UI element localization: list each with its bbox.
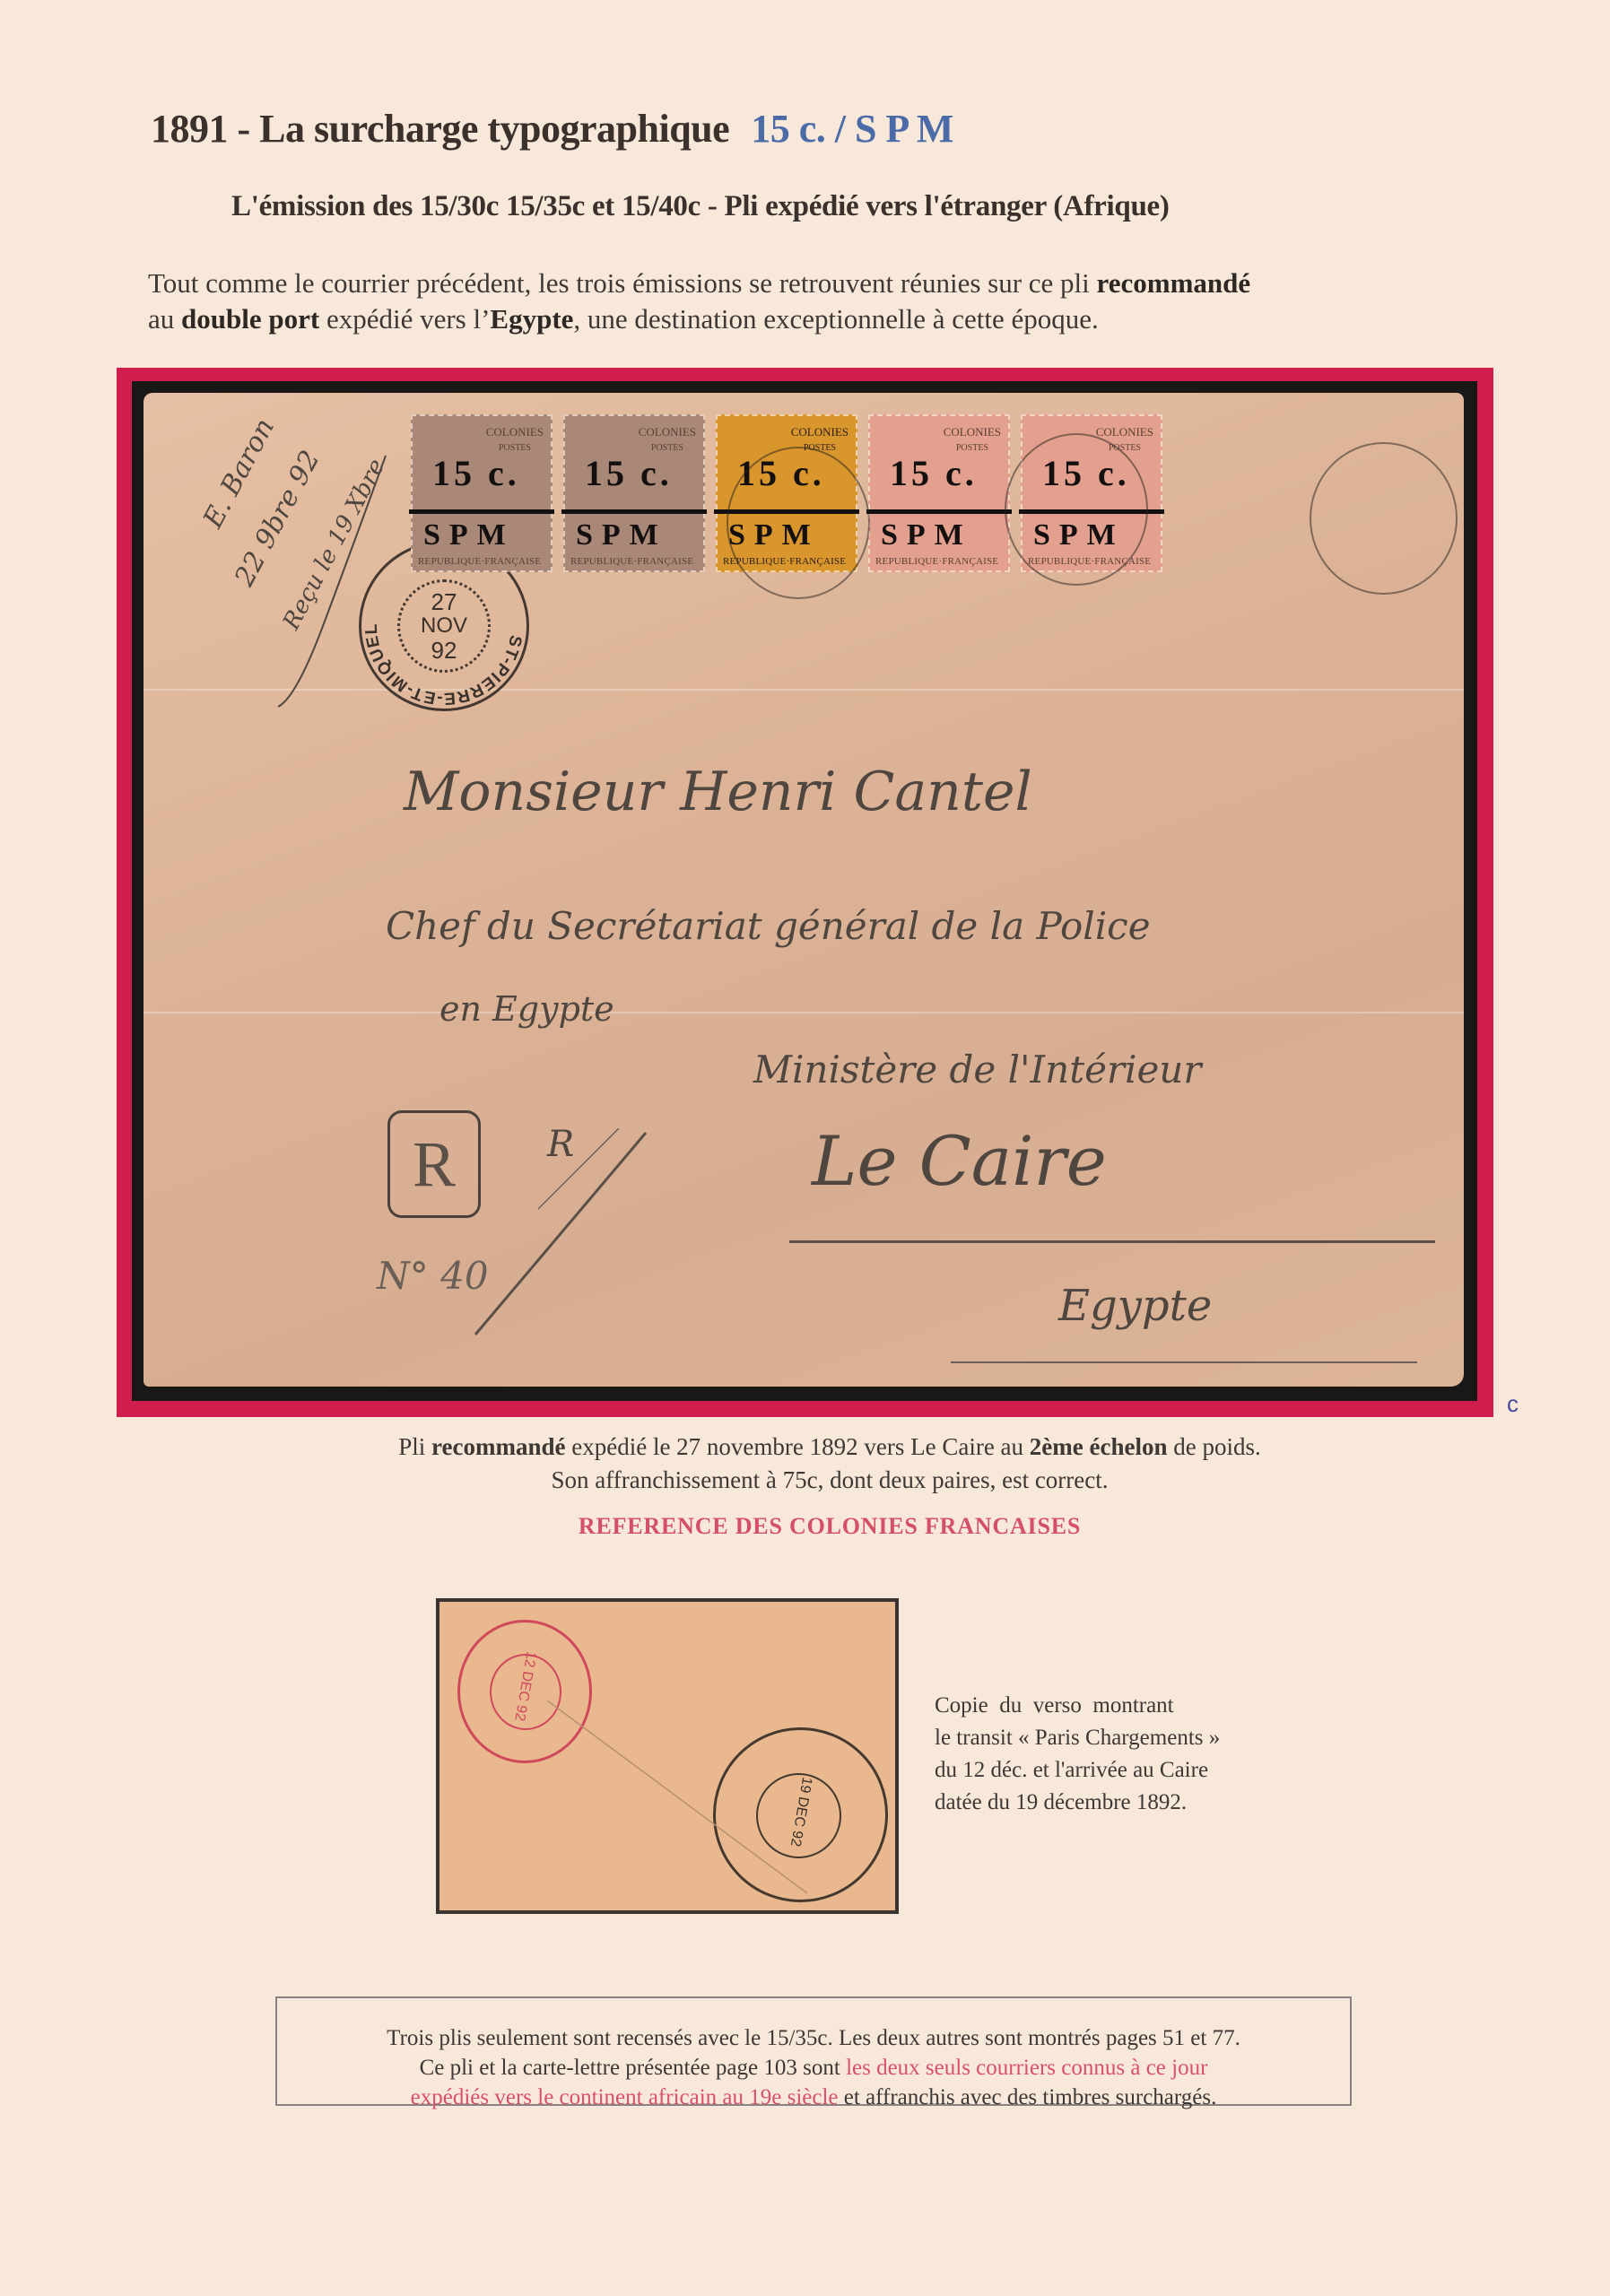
- fold-line: [144, 1012, 1464, 1013]
- title-text: 1891 - La surcharge typographique: [151, 107, 729, 151]
- stamp-footer: REPUBLIQUE·FRANÇAISE: [570, 556, 693, 567]
- stamp-cancel: [1005, 433, 1148, 586]
- stamp-surcharge-value: 15 c.: [585, 452, 673, 494]
- note-line-1: Trois plis seulement sont recensés avec …: [275, 2023, 1352, 2053]
- stamp-colonies: COLONIES: [944, 425, 1001, 439]
- stamp: COLONIESPOSTES15 c.SPMREPUBLIQUE·FRANÇAI…: [563, 414, 705, 572]
- stamp-colonies: COLONIES: [1096, 425, 1153, 439]
- stamp-colonies: COLONIES: [486, 425, 544, 439]
- stamp-surcharge-spm: SPM: [576, 518, 667, 552]
- reference-label: REFERENCE DES COLONIES FRANCAISES: [251, 1513, 1408, 1540]
- intro-text: au: [148, 303, 181, 335]
- stamp-colonies: COLONIES: [639, 425, 696, 439]
- address-line-3: en Egypte: [439, 989, 614, 1029]
- note-highlight: expédiés vers le continent africain au 1…: [411, 2085, 839, 2109]
- intro-bold-recommande: recommandé: [1097, 267, 1251, 299]
- page-subtitle: L'émission des 15/30c 15/35c et 15/40c -…: [231, 190, 1170, 223]
- intro-text: expédié vers l’: [319, 303, 490, 335]
- corner-mark: c: [1507, 1390, 1519, 1418]
- stamp-surcharge-spm: SPM: [423, 518, 515, 552]
- stamp-cancel: [727, 447, 870, 599]
- registration-pen-strokes: [439, 1128, 655, 1344]
- title-accent: 15 c. / S P M: [751, 107, 953, 151]
- stamp-surcharge-spm: SPM: [881, 518, 972, 552]
- caption-bold: 2ème échelon: [1030, 1433, 1168, 1460]
- verso-caption-line: datée du 19 décembre 1892.: [935, 1787, 1347, 1819]
- caption-text: Pli: [398, 1433, 431, 1460]
- envelope-image: E. Baron 22 9bre 92 Reçu le 19 Xbre ST-P…: [144, 393, 1464, 1387]
- postmark-month: NOV: [361, 613, 527, 639]
- note-text: Trois plis seulement sont recensés avec …: [275, 2023, 1352, 2112]
- verso-caption-line: Copie du verso montrant: [935, 1690, 1347, 1722]
- stamp: COLONIESPOSTES15 c.SPMREPUBLIQUE·FRANÇAI…: [411, 414, 553, 572]
- intro-paragraph: Tout comme le courrier précédent, les tr…: [148, 265, 1493, 337]
- stamp-surcharge-bar: [561, 509, 707, 514]
- stamp: COLONIESPOSTES15 c.SPMREPUBLIQUE·FRANÇAI…: [868, 414, 1010, 572]
- verso-caption-line: le transit « Paris Chargements »: [935, 1722, 1347, 1754]
- address-line-6: Egypte: [1058, 1281, 1212, 1331]
- caption-bold: recommandé: [431, 1433, 565, 1460]
- address-line-2: Chef du Secrétariat général de la Police: [386, 904, 1151, 948]
- stamp-footer: REPUBLIQUE·FRANÇAISE: [418, 556, 541, 567]
- stamp-footer: REPUBLIQUE·FRANÇAISE: [875, 556, 998, 567]
- intro-bold-egypte: Egypte: [490, 303, 573, 335]
- postmark-day: 27: [361, 588, 527, 616]
- caption-text: expédié le 27 novembre 1892 vers Le Cair…: [565, 1433, 1029, 1460]
- stamp-cancel: [1310, 442, 1458, 595]
- stamp-surcharge-value: 15 c.: [890, 452, 978, 494]
- intro-text: , une destination exceptionnelle à cette…: [573, 303, 1098, 335]
- page-title: 1891 - La surcharge typographique15 c. /…: [151, 106, 953, 152]
- verso-caption-line: du 12 déc. et l'arrivée au Caire: [935, 1754, 1347, 1787]
- note-line-3: et affranchis avec des timbres surchargé…: [839, 2085, 1217, 2109]
- address-line-4: Ministère de l'Intérieur: [753, 1048, 1201, 1091]
- intro-bold-double-port: double port: [181, 303, 319, 335]
- caption-line-2: Son affranchissement à 75c, dont deux pa…: [551, 1466, 1108, 1493]
- verso-image: 12 DEC 92 19 DEC 92: [436, 1598, 899, 1914]
- note-line-2: Ce pli et la carte-lettre présentée page…: [420, 2056, 847, 2080]
- address-line-5: Le Caire: [812, 1121, 1107, 1201]
- verso-caption: Copie du verso montrant le transit « Par…: [935, 1690, 1347, 1819]
- stamp-surcharge-bar: [409, 509, 554, 514]
- intro-text: Tout comme le courrier précédent, les tr…: [148, 267, 1097, 299]
- address-underline: [951, 1361, 1417, 1363]
- stamp-colonies: COLONIES: [791, 425, 849, 439]
- address-line-1: Monsieur Henri Cantel: [404, 761, 1032, 823]
- address-underline: [789, 1240, 1435, 1243]
- envelope-caption: Pli recommandé expédié le 27 novembre 18…: [251, 1431, 1408, 1497]
- postmark-year: 92: [361, 637, 527, 665]
- stamp-surcharge-value: 15 c.: [432, 452, 520, 494]
- stamp-surcharge-bar: [866, 509, 1012, 514]
- caption-text: de poids.: [1168, 1433, 1261, 1460]
- verso-fold-line: [547, 1700, 816, 1898]
- note-highlight: les deux seuls courriers connus à ce jou…: [846, 2056, 1207, 2080]
